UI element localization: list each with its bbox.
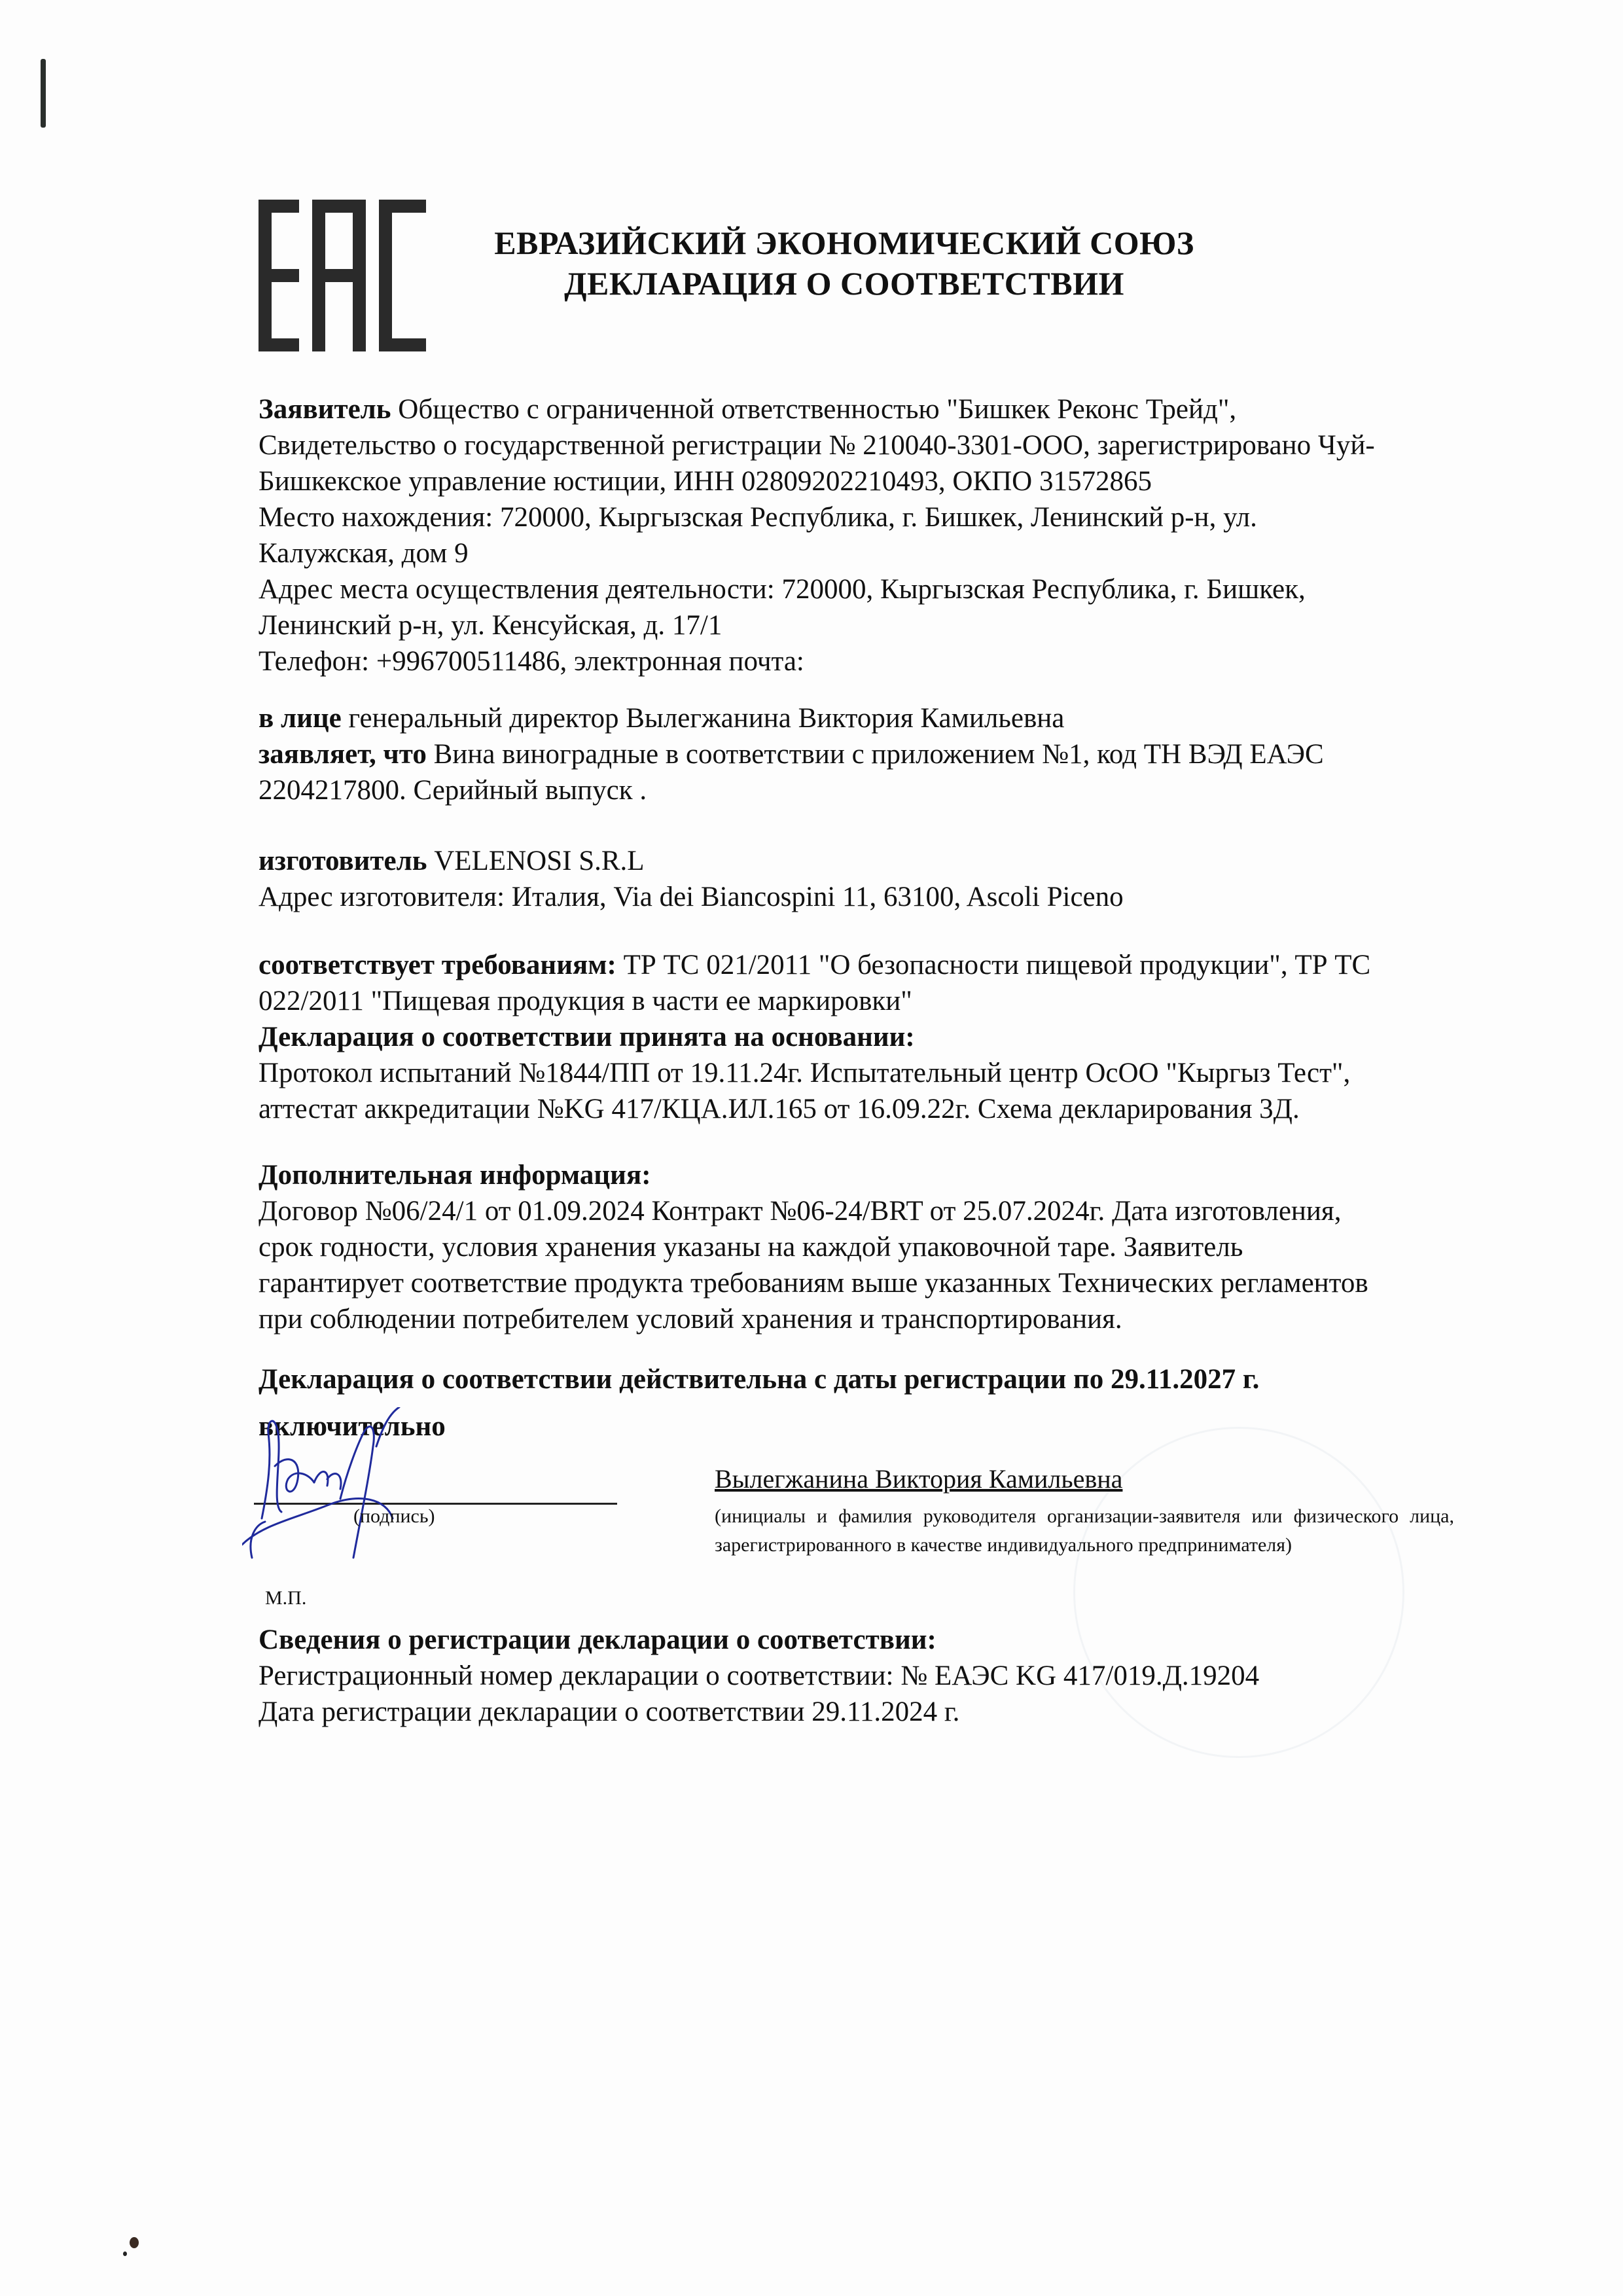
compliance-regs-cont: 022/2011 "Пищевая продукция в части ее м… (259, 983, 1469, 1019)
registration-date: Дата регистрации декларации о соответств… (259, 1694, 1469, 1730)
head-name-note: (инициалы и фамилия руководителя организ… (715, 1502, 1454, 1560)
signature-icon (242, 1407, 458, 1564)
basis-label: Декларация о соответствии принята на осн… (259, 1022, 915, 1052)
declares-label: заявляет, что (259, 739, 427, 770)
compliance-regs: ТР ТС 021/2011 "О безопасности пищевой п… (616, 950, 1370, 980)
validity-text: Декларация о соответствии действительна … (259, 1364, 1259, 1395)
registration-section: Сведения о регистрации декларации о соот… (259, 1622, 1469, 1730)
compliance-section: соответствует требованиям: ТР ТС 021/201… (259, 947, 1469, 1127)
applicant-contacts: Телефон: +996700511486, электронная почт… (259, 643, 1469, 679)
document-page: ЕВРАЗИЙСКИЙ ЭКОНОМИЧЕСКИЙ СОЮЗ ДЕКЛАРАЦИ… (0, 0, 1623, 2296)
additional-line-4: при соблюдении потребителем условий хран… (259, 1301, 1469, 1337)
additional-label: Дополнительная информация: (259, 1160, 651, 1191)
scan-artifact-speck (123, 2251, 127, 2256)
declares-product: Вина виноградные в соответствии с прилож… (427, 739, 1324, 770)
applicant-label: Заявитель (259, 394, 391, 425)
title-declaration: ДЕКЛАРАЦИЯ О СООТВЕТСТВИИ (419, 263, 1270, 304)
title-union: ЕВРАЗИЙСКИЙ ЭКОНОМИЧЕСКИЙ СОЮЗ (419, 223, 1270, 263)
representative-section: в лице генеральный директор Вылегжанина … (259, 700, 1469, 808)
registration-number: Регистрационный номер декларации о соотв… (259, 1658, 1469, 1694)
additional-line-1: Договор №06/24/1 от 01.09.2024 Контракт … (259, 1193, 1469, 1229)
applicant-registration: Свидетельство о государственной регистра… (259, 427, 1469, 463)
document-title: ЕВРАЗИЙСКИЙ ЭКОНОМИЧЕСКИЙ СОЮЗ ДЕКЛАРАЦИ… (419, 223, 1270, 304)
manufacturer-label: изготовитель (259, 846, 427, 876)
signature-caption: (подпись) (353, 1505, 435, 1528)
head-name: Вылегжанина Виктория Камильевна (715, 1463, 1122, 1494)
basis-protocol: Протокол испытаний №1844/ПП от 19.11.24г… (259, 1055, 1469, 1091)
manufacturer-name: VELENOSI S.R.L (427, 846, 645, 876)
manufacturer-section: изготовитель VELENOSI S.R.L Адрес изгото… (259, 843, 1469, 915)
applicant-activity-address-cont: Ленинский р-н, ул. Кенсуйская, д. 17/1 (259, 607, 1469, 643)
additional-line-2: срок годности, условия хранения указаны … (259, 1229, 1469, 1265)
basis-accreditation: аттестат аккредитации №KG 417/КЦА.ИЛ.165… (259, 1091, 1469, 1127)
representative-text: генеральный директор Вылегжанина Виктори… (342, 703, 1065, 734)
compliance-label: соответствует требованиям: (259, 950, 616, 980)
scan-artifact-speck (130, 2237, 139, 2248)
scan-artifact-mark (41, 59, 46, 128)
applicant-activity-address: Адрес места осуществления деятельности: … (259, 571, 1469, 607)
registration-label: Сведения о регистрации декларации о соот… (259, 1624, 936, 1655)
additional-info-section: Дополнительная информация: Договор №06/2… (259, 1157, 1469, 1337)
eac-logo-icon (259, 200, 429, 351)
applicant-location: Место нахождения: 720000, Кыргызская Рес… (259, 499, 1469, 535)
declares-product-cont: 2204217800. Серийный выпуск . (259, 772, 1469, 808)
applicant-section: Заявитель Общество с ограниченной ответс… (259, 391, 1469, 679)
applicant-ids: Бишкекское управление юстиции, ИНН 02809… (259, 463, 1469, 499)
manufacturer-address: Адрес изготовителя: Италия, Via dei Bian… (259, 879, 1469, 915)
representative-label: в лице (259, 703, 342, 734)
additional-line-3: гарантирует соответствие продукта требов… (259, 1265, 1469, 1301)
applicant-name: Общество с ограниченной ответственностью… (391, 394, 1237, 425)
applicant-location-cont: Калужская, дом 9 (259, 535, 1469, 571)
stamp-place-label: М.П. (265, 1587, 306, 1609)
